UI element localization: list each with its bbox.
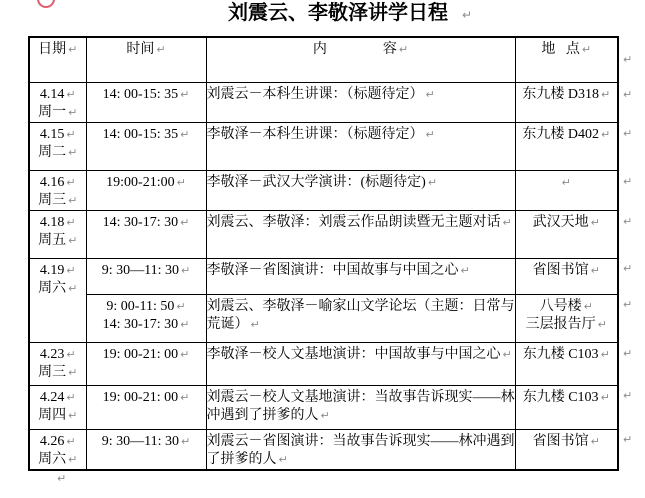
table-row: 4.24↵ 周四↵ 19: 00-21: 00↵ 刘震云－校人文基地演讲：当故事… <box>29 385 618 429</box>
paragraph-mark-icon: ↵ <box>399 43 408 56</box>
paragraph-mark-icon: ↵ <box>68 146 77 159</box>
content-cell: 刘震云、李敬泽：刘震云作品朗读暨无主题对话↵ <box>206 210 515 258</box>
paragraph-mark-icon: ↵ <box>601 391 610 404</box>
date-cell: 4.23↵ 周三↵ <box>29 342 86 385</box>
table-row: 4.19↵ 周六↵ 9: 30—11: 30↵ 李敬泽－省图演讲：中国故事与中国… <box>29 258 618 294</box>
location-line-2: 三层报告厅↵ <box>516 316 618 334</box>
table-row: 4.18↵ 周五↵ 14: 30-17: 30↵ 刘震云、李敬泽：刘震云作品朗读… <box>29 210 618 258</box>
table-row: 4.15↵ 周二↵ 14: 00-15: 35↵ 李敬泽－本科生讲课：（标题待定… <box>29 122 618 170</box>
paragraph-mark-icon: ↵ <box>180 88 189 101</box>
date-text: 4.16↵ <box>30 174 86 192</box>
location-cell: 省图书馆↵ <box>515 258 618 294</box>
paragraph-mark-icon: ↵ <box>601 128 610 141</box>
end-of-row-mark: ↵ <box>623 53 632 66</box>
location-line-1: 八号楼↵ <box>516 298 618 316</box>
header-location: 地 点↵ <box>515 37 618 82</box>
header-time: 时间↵ <box>86 37 206 82</box>
paragraph-mark-icon: ↵ <box>180 348 189 361</box>
location-cell: 东九楼 D402↵ <box>515 122 618 170</box>
paragraph-mark-icon: ↵ <box>68 194 77 207</box>
date-text: 4.26↵ <box>30 433 86 451</box>
date-cell-merged: 4.19↵ 周六↵ <box>29 258 86 342</box>
location-cell: 八号楼↵ 三层报告厅↵ <box>515 294 618 342</box>
date-text: 4.14↵ <box>30 86 86 104</box>
document-page: 刘震云、李敬泽讲学日程↵ 日期↵ 时间↵ 内 容↵ 地 点↵ 4.14↵ 周一↵… <box>0 0 645 498</box>
content-cell: 刘震云－本科生讲课：（标题待定）↵ <box>206 82 515 122</box>
end-of-row-mark: ↵ <box>623 347 632 360</box>
paragraph-mark-icon: ↵ <box>591 216 600 229</box>
paragraph-mark-icon: ↵ <box>66 88 75 101</box>
paragraph-mark-icon: ↵ <box>591 435 600 448</box>
table-row: 4.23↵ 周三↵ 19: 00-21: 00↵ 李敬泽－校人文基地演讲：中国故… <box>29 342 618 385</box>
table-row: 4.16↵ 周三↵ 19:00-21:00↵ 李敬泽－武汉大学演讲：(标题待定)… <box>29 170 618 210</box>
paragraph-mark-icon: ↵ <box>66 216 75 229</box>
paragraph-mark-icon: ↵ <box>66 348 75 361</box>
date-cell: 4.24↵ 周四↵ <box>29 385 86 429</box>
paragraph-mark-icon: ↵ <box>66 176 75 189</box>
time-cell: 9: 30—11: 30↵ <box>86 429 206 470</box>
end-of-row-mark: ↵ <box>623 262 632 275</box>
weekday-text: 周六↵ <box>30 280 86 298</box>
content-cell: 李敬泽－省图演讲：中国故事与中国之心↵ <box>206 258 515 294</box>
paragraph-mark-icon: ↵ <box>584 300 593 313</box>
date-cell: 4.18↵ 周五↵ <box>29 210 86 258</box>
paragraph-mark-icon: ↵ <box>426 88 435 101</box>
weekday-text: 周五↵ <box>30 232 86 250</box>
location-cell: 东九楼 D318↵ <box>515 82 618 122</box>
paragraph-mark-icon: ↵ <box>461 264 470 277</box>
content-cell: 刘震云－省图演讲：当故事告诉现实——林冲遇到了拼爹的人↵ <box>206 429 515 470</box>
paragraph-mark-icon: ↵ <box>68 409 77 422</box>
paragraph-mark-icon: ↵ <box>66 435 75 448</box>
location-cell: 东九楼 C103↵ <box>515 385 618 429</box>
date-text: 4.19↵ <box>30 262 86 280</box>
paragraph-mark-icon: ↵ <box>598 318 607 331</box>
paragraph-mark-icon: ↵ <box>156 43 165 56</box>
paragraph-mark-icon: ↵ <box>601 348 610 361</box>
content-cell: 李敬泽－本科生讲课：（标题待定）↵ <box>206 122 515 170</box>
paragraph-mark-icon: ↵ <box>68 366 77 379</box>
content-cell: 刘震云－校人文基地演讲：当故事告诉现实——林冲遇到了拼爹的人↵ <box>206 385 515 429</box>
paragraph-mark-icon: ↵ <box>68 43 77 56</box>
table-row: 4.26↵ 周六↵ 9: 30—11: 30↵ 刘震云－省图演讲：当故事告诉现实… <box>29 429 618 470</box>
time-cell: 19:00-21:00↵ <box>86 170 206 210</box>
location-cell-empty: ↵ <box>515 170 618 210</box>
paragraph-mark-icon: ↵ <box>462 8 472 22</box>
paragraph-mark-icon: ↵ <box>426 128 435 141</box>
time-line-2: 14: 30-17: 30↵ <box>87 316 206 334</box>
header-date: 日期↵ <box>29 37 86 82</box>
end-of-row-mark: ↵ <box>623 127 632 140</box>
paragraph-mark-icon: ↵ <box>251 318 260 331</box>
end-of-row-mark: ↵ <box>623 389 632 402</box>
paragraph-mark-icon: ↵ <box>68 282 77 295</box>
paragraph-mark-icon: ↵ <box>68 234 77 247</box>
content-cell: 李敬泽－武汉大学演讲：(标题待定)↵ <box>206 170 515 210</box>
paragraph-mark-icon: ↵ <box>66 391 75 404</box>
paragraph-mark-icon: ↵ <box>180 216 189 229</box>
time-line-1: 9: 00-11: 50↵ <box>87 298 206 316</box>
header-content: 内 容↵ <box>206 37 515 82</box>
date-text: 4.24↵ <box>30 389 86 407</box>
weekday-text: 周三↵ <box>30 192 86 210</box>
paragraph-mark-icon: ↵ <box>591 264 600 277</box>
date-text: 4.18↵ <box>30 214 86 232</box>
weekday-text: 周二↵ <box>30 144 86 162</box>
date-cell: 4.15↵ 周二↵ <box>29 122 86 170</box>
weekday-text: 周四↵ <box>30 407 86 425</box>
paragraph-mark-icon: ↵ <box>428 176 437 189</box>
paragraph-mark-icon: ↵ <box>177 176 186 189</box>
time-cell: 14: 00-15: 35↵ <box>86 82 206 122</box>
time-cell: 9: 00-11: 50↵ 14: 30-17: 30↵ <box>86 294 206 342</box>
paragraph-mark-icon: ↵ <box>180 318 189 331</box>
content-cell: 刘震云、李敬泽－喻家山文学论坛（主题：日常与荒诞）↵ <box>206 294 515 342</box>
weekday-text: 周三↵ <box>30 364 86 382</box>
document-title-line: 刘震云、李敬泽讲学日程↵ <box>0 1 645 27</box>
paragraph-mark-icon: ↵ <box>181 435 190 448</box>
paragraph-mark-icon: ↵ <box>176 300 185 313</box>
paragraph-mark-icon: ↵ <box>562 176 571 189</box>
paragraph-mark-icon: ↵ <box>66 264 75 277</box>
paragraph-mark-icon: ↵ <box>180 128 189 141</box>
paragraph-mark-icon: ↵ <box>181 264 190 277</box>
location-cell: 省图书馆↵ <box>515 429 618 470</box>
paragraph-mark-icon: ↵ <box>503 348 512 361</box>
page-title: 刘震云、李敬泽讲学日程 <box>228 2 448 24</box>
paragraph-mark-icon: ↵ <box>180 391 189 404</box>
date-text: 4.15↵ <box>30 126 86 144</box>
paragraph-mark-icon: ↵ <box>601 88 610 101</box>
table-header-row: 日期↵ 时间↵ 内 容↵ 地 点↵ <box>29 37 618 82</box>
weekday-text: 周六↵ <box>30 451 86 469</box>
time-cell: 14: 00-15: 35↵ <box>86 122 206 170</box>
date-cell: 4.16↵ 周三↵ <box>29 170 86 210</box>
paragraph-mark-icon: ↵ <box>279 453 288 466</box>
content-cell: 李敬泽－校人文基地演讲：中国故事与中国之心↵ <box>206 342 515 385</box>
time-cell: 19: 00-21: 00↵ <box>86 385 206 429</box>
paragraph-mark-icon: ↵ <box>582 43 591 56</box>
end-of-row-mark: ↵ <box>623 175 632 188</box>
paragraph-mark-icon: ↵ <box>321 409 330 422</box>
location-cell: 东九楼 C103↵ <box>515 342 618 385</box>
paragraph-mark-icon: ↵ <box>68 106 77 119</box>
weekday-text: 周一↵ <box>30 104 86 122</box>
time-cell: 14: 30-17: 30↵ <box>86 210 206 258</box>
end-of-row-mark: ↵ <box>623 88 632 101</box>
below-table-paragraph-mark: ↵ <box>57 472 66 485</box>
date-cell: 4.26↵ 周六↵ <box>29 429 86 470</box>
paragraph-mark-icon: ↵ <box>66 128 75 141</box>
end-of-row-mark: ↵ <box>623 298 632 311</box>
paragraph-mark-icon: ↵ <box>503 216 512 229</box>
paragraph-mark-icon: ↵ <box>68 453 77 466</box>
table-row: 4.14↵ 周一↵ 14: 00-15: 35↵ 刘震云－本科生讲课：（标题待定… <box>29 82 618 122</box>
table-row: 9: 00-11: 50↵ 14: 30-17: 30↵ 刘震云、李敬泽－喻家山… <box>29 294 618 342</box>
end-of-row-mark: ↵ <box>623 215 632 228</box>
date-text: 4.23↵ <box>30 346 86 364</box>
time-cell: 19: 00-21: 00↵ <box>86 342 206 385</box>
location-cell: 武汉天地↵ <box>515 210 618 258</box>
end-of-row-mark: ↵ <box>623 433 632 446</box>
date-cell: 4.14↵ 周一↵ <box>29 82 86 122</box>
schedule-table: 日期↵ 时间↵ 内 容↵ 地 点↵ 4.14↵ 周一↵ 14: 00-15: 3… <box>28 36 619 471</box>
time-cell: 9: 30—11: 30↵ <box>86 258 206 294</box>
